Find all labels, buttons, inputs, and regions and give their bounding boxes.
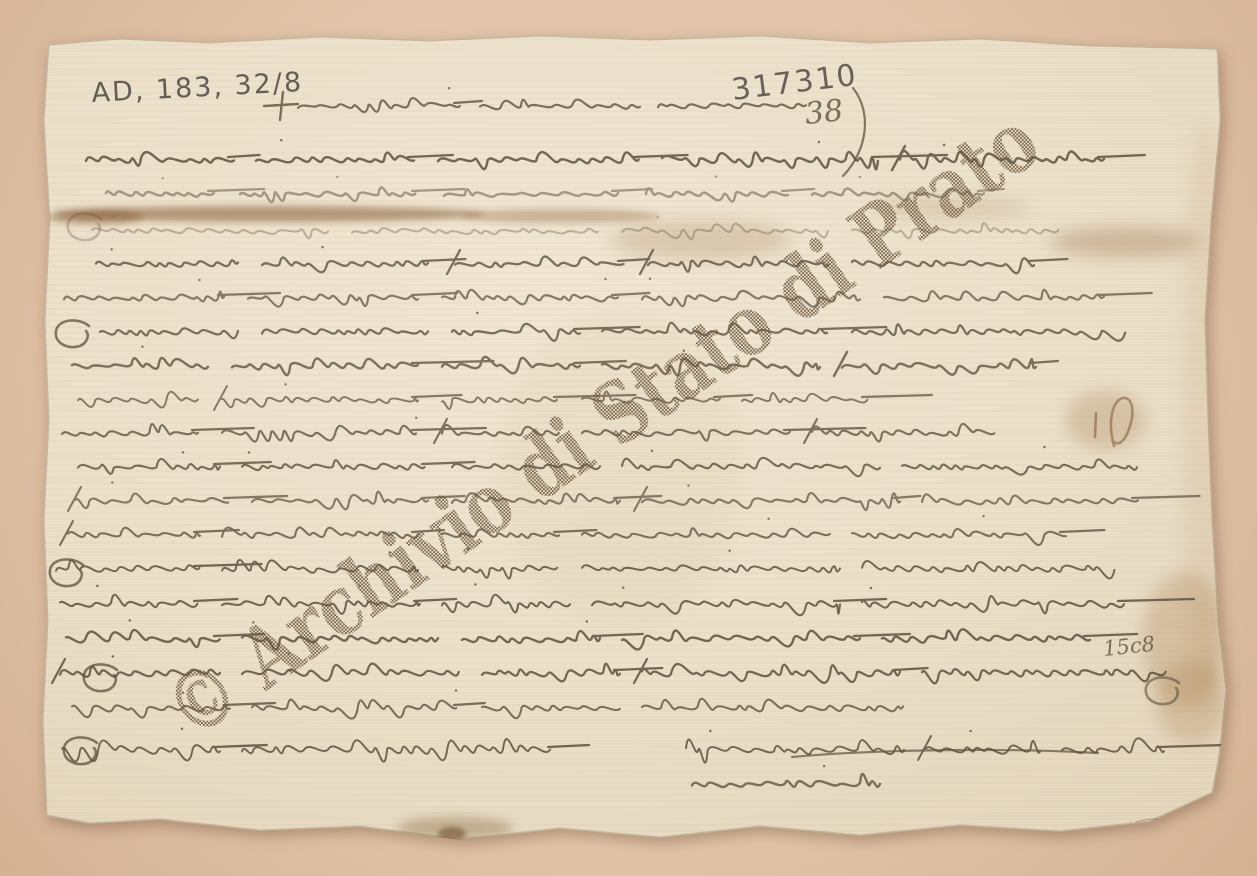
ink-dot — [182, 451, 184, 453]
ink-dot — [649, 278, 651, 280]
ink-dot — [859, 176, 861, 178]
stain — [1065, 390, 1145, 450]
ink-dot — [982, 515, 984, 517]
ink-dot — [476, 312, 478, 314]
ink-dot — [248, 451, 250, 453]
ink-dot — [728, 550, 730, 552]
ink-dot — [586, 620, 588, 622]
ink-dot — [321, 246, 323, 248]
ink-dot — [336, 176, 338, 178]
ink-dot — [162, 177, 164, 179]
ink-dot — [474, 583, 476, 585]
ink-dot — [280, 139, 282, 141]
ink-dot — [823, 765, 825, 767]
stain — [1050, 227, 1200, 257]
header-year-numeral: 38 — [803, 93, 845, 132]
ink-dot — [455, 689, 457, 691]
ink-dot — [415, 417, 417, 419]
ink-dot — [198, 279, 200, 281]
stain — [1183, 120, 1227, 720]
ink-dot — [112, 655, 114, 657]
ink-dot — [141, 346, 143, 348]
ink-dot — [111, 481, 113, 483]
stain — [1156, 660, 1228, 744]
ink-dot — [687, 484, 689, 486]
ink-dot — [622, 587, 624, 589]
ink-dot — [818, 141, 820, 143]
ink-dot — [96, 585, 98, 587]
ink-dot — [604, 278, 606, 280]
ink-dot — [448, 87, 450, 89]
ink-dot — [112, 216, 114, 218]
scanner-background: © Archivio di Stato di Prato AD, 183, 32… — [0, 0, 1257, 876]
ink-dot — [129, 619, 131, 621]
manuscript-scan: © Archivio di Stato di Prato AD, 183, 32… — [0, 0, 1257, 876]
stain — [47, 210, 143, 224]
stain — [460, 209, 660, 223]
ink-dot — [284, 383, 286, 385]
ink-dot — [709, 730, 711, 732]
ink-dot — [656, 216, 658, 218]
ink-dot — [715, 175, 717, 177]
ink-dot — [870, 587, 872, 589]
ink-dot — [767, 518, 769, 520]
ink-dot — [1043, 446, 1045, 448]
ink-dot — [969, 730, 971, 732]
ink-dot — [111, 248, 113, 250]
